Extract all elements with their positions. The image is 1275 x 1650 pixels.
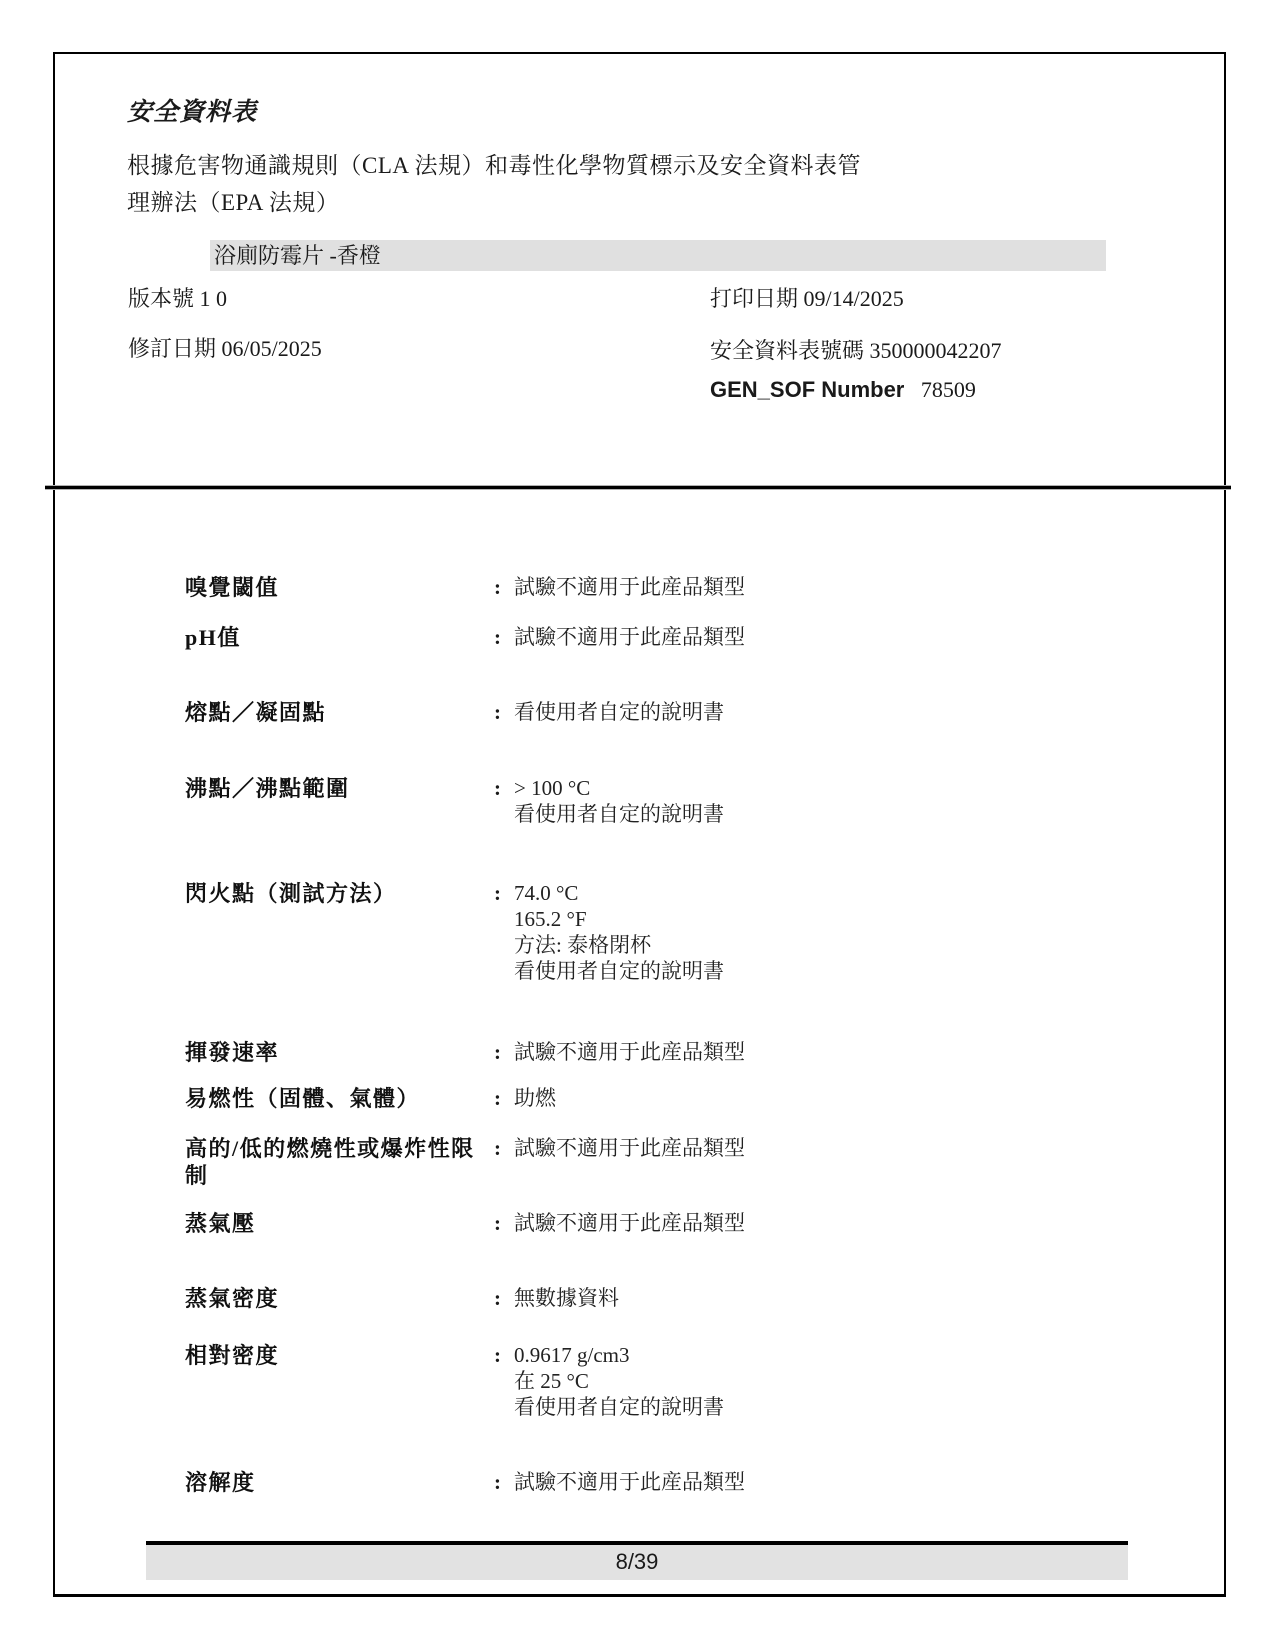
property-colon: :: [494, 1285, 501, 1311]
property-value-line: > 100 °C: [514, 775, 1104, 801]
sds-number: 安全資料表號碼 350000042207: [710, 334, 1002, 365]
product-name: 浴廁防霉片 -香橙: [214, 243, 381, 268]
regulation-line-2: 理辦法（EPA 法規）: [127, 184, 339, 217]
property-colon: :: [494, 1210, 501, 1236]
property-colon: :: [494, 1039, 501, 1065]
property-label: 相對密度: [185, 1342, 490, 1369]
product-name-bar: 浴廁防霉片 -香橙: [210, 240, 1106, 271]
gen-sof-number: GEN_SOF Number 78509: [710, 377, 976, 403]
property-value-line: 0.9617 g/cm3: [514, 1342, 1104, 1368]
property-value-line: 74.0 °C: [514, 880, 1104, 906]
property-value: 74.0 °C165.2 °F方法: 泰格閉杯看使用者自定的說明書: [514, 880, 1104, 984]
property-colon: :: [494, 699, 501, 725]
property-value: 0.9617 g/cm3在 25 °C看使用者自定的說明書: [514, 1342, 1104, 1420]
header-divider: [45, 485, 1231, 490]
property-value-line: 助燃: [514, 1085, 1104, 1111]
gen-sof-value: [910, 377, 916, 402]
property-value: 看使用者自定的說明書: [514, 699, 1104, 725]
property-label: 蒸氣密度: [185, 1285, 490, 1312]
property-value: 試驗不適用于此産品類型: [514, 574, 1104, 600]
property-colon: :: [494, 1469, 501, 1495]
property-colon: :: [494, 775, 501, 801]
property-label: 熔點／凝固點: [185, 699, 490, 726]
property-value: 試驗不適用于此産品類型: [514, 1039, 1104, 1065]
sds-page: 安全資料表 根據危害物通識規則（CLA 法規）和毒性化學物質標示及安全資料表管 …: [0, 0, 1275, 1650]
property-value: 助燃: [514, 1085, 1104, 1111]
property-value: 試驗不適用于此産品類型: [514, 624, 1104, 650]
property-colon: :: [494, 880, 501, 906]
property-label: 蒸氣壓: [185, 1210, 490, 1237]
page-number-bar: 8/39: [146, 1541, 1128, 1580]
property-value-line: 看使用者自定的說明書: [514, 699, 1104, 725]
property-label: 揮發速率: [185, 1039, 490, 1066]
property-value: > 100 °C看使用者自定的說明書: [514, 775, 1104, 827]
property-value-line: 165.2 °F: [514, 906, 1104, 932]
property-value-line: 在 25 °C: [514, 1368, 1104, 1394]
property-label: 溶解度: [185, 1469, 490, 1496]
version-number: 版本號 1 0: [128, 282, 227, 313]
property-value-line: 方法: 泰格閉杯: [514, 932, 1104, 958]
property-colon: :: [494, 1085, 501, 1111]
property-colon: :: [494, 574, 501, 600]
property-label: 閃火點（測試方法）: [185, 880, 490, 907]
page-number: 8/39: [616, 1549, 659, 1574]
property-label: 高的/低的燃燒性或爆炸性限制: [185, 1135, 490, 1189]
gen-sof-label: GEN_SOF Number: [710, 377, 904, 402]
property-value-line: 試驗不適用于此産品類型: [514, 1039, 1104, 1065]
property-colon: :: [494, 1342, 501, 1368]
regulation-line-1: 根據危害物通識規則（CLA 法規）和毒性化學物質標示及安全資料表管: [127, 147, 861, 180]
print-date: 打印日期 09/14/2025: [710, 282, 904, 313]
property-value-line: 看使用者自定的說明書: [514, 958, 1104, 984]
property-value-line: 試驗不適用于此産品類型: [514, 1469, 1104, 1495]
property-label: pH值: [185, 624, 490, 651]
property-value-line: 看使用者自定的說明書: [514, 1394, 1104, 1420]
property-value: 試驗不適用于此産品類型: [514, 1469, 1104, 1495]
property-value-line: 試驗不適用于此産品類型: [514, 624, 1104, 650]
property-colon: :: [494, 1135, 501, 1161]
document-title: 安全資料表: [127, 92, 257, 128]
property-value-line: 無數據資料: [514, 1285, 1104, 1311]
property-value-line: 試驗不適用于此産品類型: [514, 1135, 1104, 1161]
gen-sof-value-number: 78509: [921, 377, 976, 402]
property-value-line: 試驗不適用于此産品類型: [514, 1210, 1104, 1236]
property-label: 嗅覺閾值: [185, 574, 490, 601]
property-value: 無數據資料: [514, 1285, 1104, 1311]
property-label: 易燃性（固體、氣體）: [185, 1085, 490, 1112]
property-colon: :: [494, 624, 501, 650]
revision-date: 修訂日期 06/05/2025: [128, 332, 322, 363]
property-value-line: 看使用者自定的說明書: [514, 801, 1104, 827]
property-value: 試驗不適用于此産品類型: [514, 1135, 1104, 1161]
property-label: 沸點／沸點範圍: [185, 775, 490, 802]
property-value-line: 試驗不適用于此産品類型: [514, 574, 1104, 600]
property-value: 試驗不適用于此産品類型: [514, 1210, 1104, 1236]
